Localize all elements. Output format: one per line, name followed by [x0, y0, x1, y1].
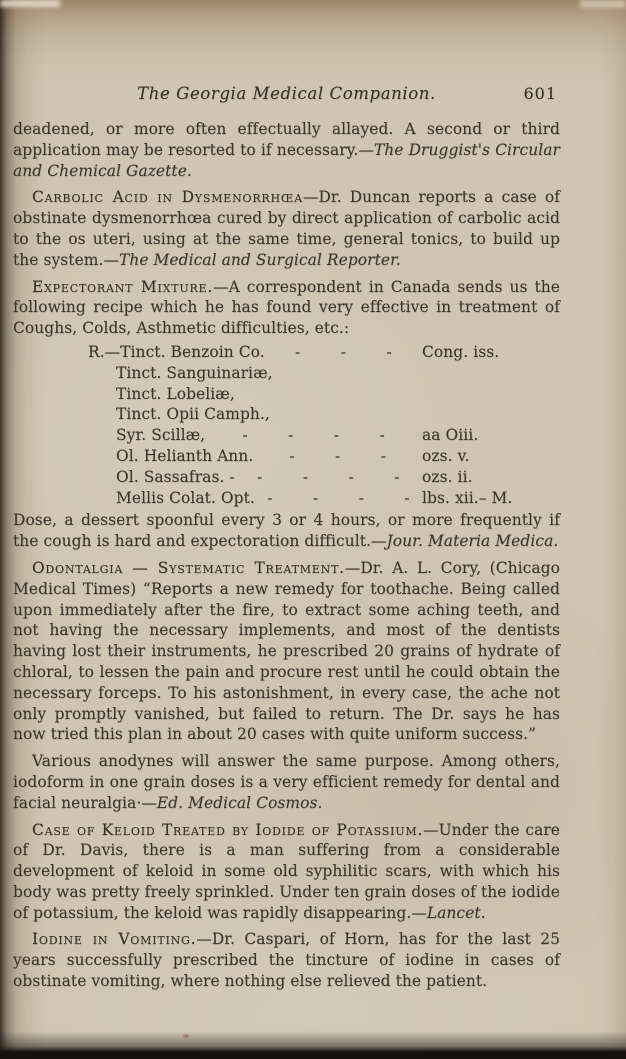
section-heading-carbolic: Carbolic Acid in Dysmenorrhœa: [32, 188, 303, 206]
recipe-ingredient: R.—Tinct. Benzoin Co.: [88, 342, 265, 363]
paragraph-expectorant-mixture: Expectorant Mixture.—A correspondent in …: [13, 277, 560, 339]
recipe-leader-dashes: - - - -: [205, 425, 422, 446]
paragraph-odontalgia: Odontalgia — Systematic Treatment.—Dr. A…: [13, 558, 560, 745]
recipe-quantity: aa Oiii.: [422, 425, 560, 446]
recipe-ingredient: Syr. Scillæ,: [116, 425, 205, 446]
scanned-page: The Georgia Medical Companion. 601 deade…: [0, 0, 626, 1059]
recipe-quantity: lbs. xii.– M.: [422, 488, 560, 509]
recipe-row: Tinct. Sanguinariæ,: [13, 363, 560, 384]
section-heading-expectorant: Expectorant Mixture.: [32, 278, 213, 296]
journal-citation: Ed. Medical Cosmos.: [157, 794, 323, 812]
section-heading-odontalgia: Odontalgia — Systematic Treatment.: [32, 559, 345, 577]
recipe-quantity: ozs. v.: [422, 446, 560, 467]
recipe-quantity: Cong. iss.: [422, 342, 560, 363]
page-edge-highlight-left: [0, 0, 60, 7]
journal-citation: Lancet.: [427, 904, 486, 922]
paragraph-anodynes: Various anodynes will answer the same pu…: [13, 751, 560, 813]
journal-citation: The Medical and Surgical Reporter.: [119, 251, 401, 269]
paragraph-iodine-vomiting: Iodine in Vomiting.—Dr. Caspari, of Horn…: [13, 929, 560, 991]
paragraph-keloid: Case of Keloid Treated by Iodide of Pota…: [13, 820, 560, 924]
page-edge-highlight-right: [580, 0, 626, 8]
recipe-ingredient: Tinct. Sanguinariæ,: [116, 363, 273, 384]
journal-citation: Jour. Materia Medica.: [387, 532, 559, 550]
recipe-row: R.—Tinct. Benzoin Co. - - - Cong. iss.: [13, 342, 560, 363]
recipe-ingredient: Ol. Sassafras. -: [116, 467, 235, 488]
recipe-row: Ol. Helianth Ann. - - - ozs. v.: [13, 446, 560, 467]
recipe-ingredient: Tinct. Opii Camph.,: [116, 404, 270, 425]
recipe-leader-dashes: - - - -: [235, 467, 422, 488]
running-header: The Georgia Medical Companion. 601: [13, 84, 560, 106]
section-heading-keloid: Case of Keloid Treated by Iodide of Pota…: [32, 821, 423, 839]
prescription-recipe: R.—Tinct. Benzoin Co. - - - Cong. iss. T…: [13, 342, 560, 508]
page-number: 601: [523, 84, 557, 105]
section-heading-iodine: Iodine in Vomiting.: [32, 930, 196, 948]
recipe-leader-dashes: - - - -: [255, 488, 422, 509]
recipe-leader-dashes: - - -: [265, 342, 422, 363]
recipe-row: Ol. Sassafras. - - - - - ozs. ii.: [13, 467, 560, 488]
paragraph-text: —Dr. A. L. Cory, (Chicago Medical Times)…: [13, 559, 560, 743]
recipe-ingredient: Tinct. Lobeliæ,: [116, 384, 235, 405]
page-content: The Georgia Medical Companion. 601 deade…: [13, 84, 560, 992]
recipe-row: Tinct. Lobeliæ,: [13, 384, 560, 405]
recipe-row: Syr. Scillæ, - - - - aa Oiii.: [13, 425, 560, 446]
paragraph-carbolic-acid: Carbolic Acid in Dysmenorrhœa—Dr. Duncan…: [13, 187, 560, 270]
recipe-quantity: ozs. ii.: [422, 467, 560, 488]
paragraph-dose: Dose, a dessert spoonful every 3 or 4 ho…: [13, 510, 560, 552]
recipe-leader-dashes: - - -: [253, 446, 422, 467]
recipe-ingredient: Ol. Helianth Ann.: [116, 446, 253, 467]
recipe-row: Mellis Colat. Opt. - - - - lbs. xii.– M.: [13, 488, 560, 509]
recipe-row: Tinct. Opii Camph.,: [13, 404, 560, 425]
paragraph-allayed: deadened, or more often effectually alla…: [13, 119, 560, 181]
recipe-ingredient: Mellis Colat. Opt.: [116, 488, 255, 509]
ink-stain: [183, 1034, 189, 1038]
journal-title: The Georgia Medical Companion.: [137, 84, 436, 103]
